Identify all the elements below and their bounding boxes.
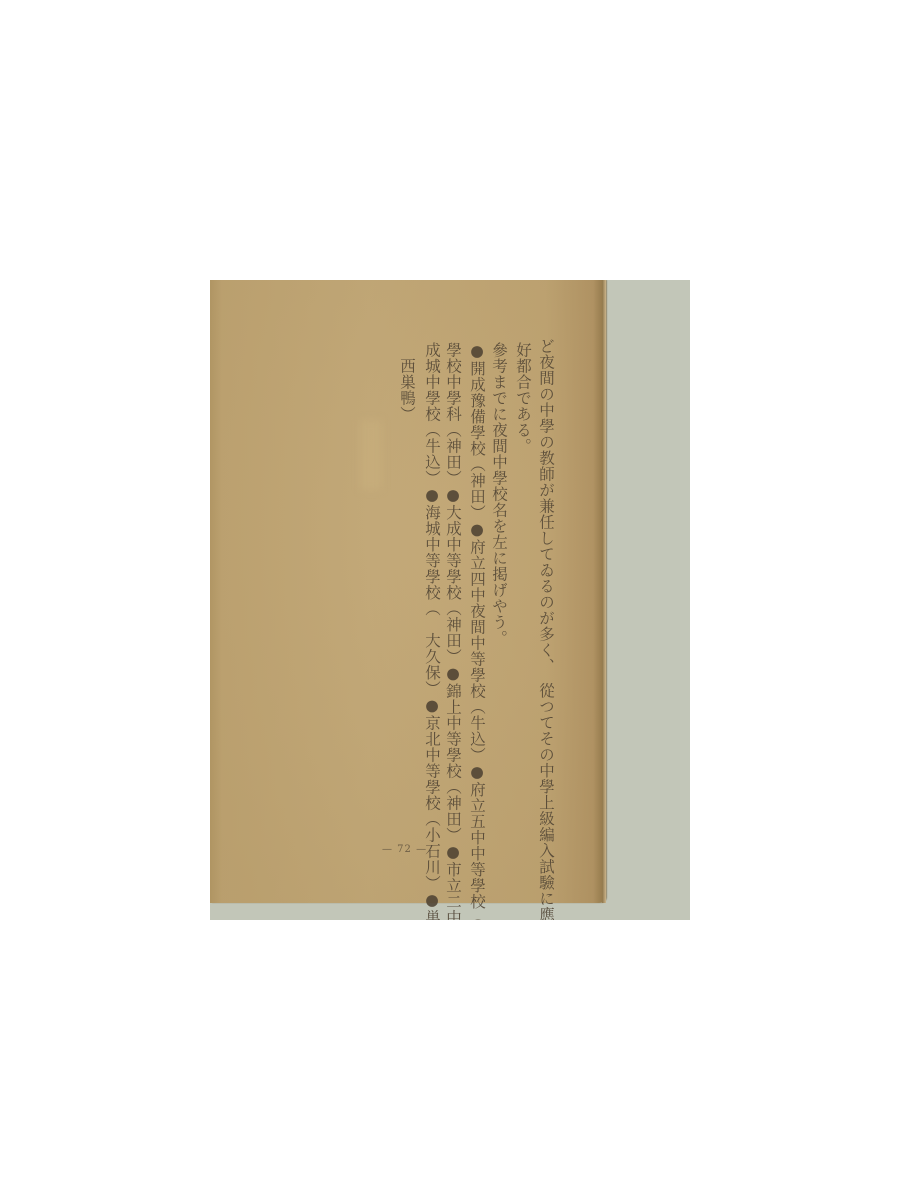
- book-photo: ど夜間の中學の教師が兼任してゐるのが多く、 從つてその中學上級編入試驗に應するに…: [210, 280, 690, 920]
- text-column-7: 西巣鴨）: [398, 358, 416, 422]
- text-column-5: 學校中學科（神田）●大成中等學校（神田）●錦上中等學校（神田）●市立二中夜間中學…: [444, 342, 462, 920]
- text-column-3: 參考までに夜間中學校名を左に掲げやう。: [490, 342, 508, 646]
- page-edge: [602, 280, 606, 903]
- text-column-4: ●開成豫備學校（神田）●府立四中夜間中等學校（牛込）●府立五中中等學校（小石川）…: [468, 342, 486, 920]
- text-column-2: 好都合である。: [514, 342, 532, 454]
- text-column-6: 成城中學校（牛込）●海城中等學校（ 大久保）●京北中等學校（小石川）●巣鴨中等夜…: [423, 342, 441, 920]
- text-column-1: ど夜間の中學の教師が兼任してゐるのが多く、 從つてその中學上級編入試驗に應するに…: [537, 338, 555, 920]
- page-number: — 72 —: [382, 844, 427, 855]
- book-page: ど夜間の中學の教師が兼任してゐるのが多く、 從つてその中學上級編入試驗に應するに…: [210, 280, 605, 903]
